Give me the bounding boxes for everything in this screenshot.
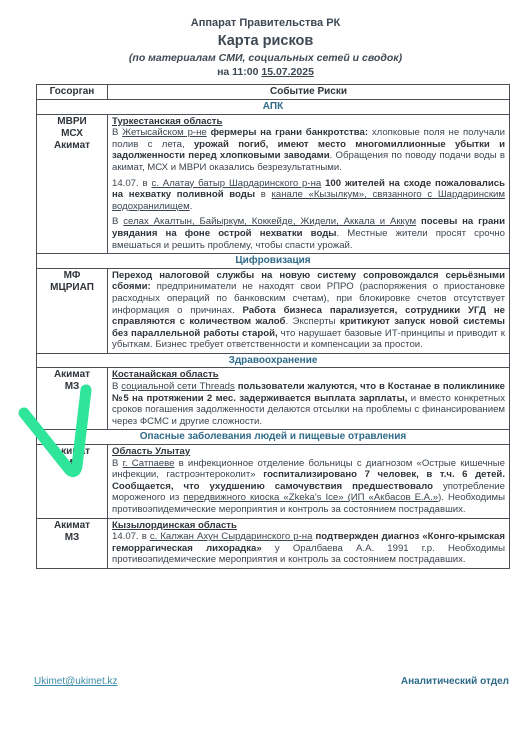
section-title: Цифровизация: [37, 254, 510, 269]
agency-name: МЦРИАП: [41, 282, 103, 294]
agency-name: МВРИ: [41, 116, 103, 128]
event-paragraph: В Жетысайском р-не фермеры на грани банк…: [112, 127, 505, 173]
agency-name: МЗ: [41, 381, 103, 393]
report-date: на 11:00 15.07.2025: [0, 66, 531, 78]
event-text: 14.07. в: [112, 178, 151, 189]
region-title: Туркестанская область: [112, 116, 505, 128]
event-text: В: [112, 127, 122, 138]
agency-cell: МВРИМСХАкимат: [37, 114, 108, 254]
region-title: Кызылординская область: [112, 520, 505, 532]
event-paragraph: В социальной сети Threads пользователи ж…: [112, 381, 505, 427]
event-paragraph: 14.07. в с. Калжан Ахун Сырдаринского р-…: [112, 531, 505, 566]
underlined-reference: с. Алатау батыр Шардаринского р-на: [151, 178, 321, 189]
underlined-reference: селах Акалтын, Байыркум, Коккейде, Жидел…: [123, 216, 416, 227]
document-subtitle: (по материалам СМИ, социальных сетей и с…: [0, 52, 531, 64]
event-cell: Область УлытауВ г. Сатпаеве в инфекционн…: [108, 445, 510, 519]
agency-name: МСХ: [41, 128, 103, 140]
organization-name: Аппарат Правительства РК: [0, 17, 531, 29]
event-cell: Переход налоговой службы на новую систем…: [108, 268, 510, 353]
date-value: 15.07.2025: [261, 66, 314, 78]
agency-name: МЗ: [41, 532, 103, 544]
section-row: АПК: [37, 100, 510, 115]
column-header-agency: Госорган: [37, 85, 108, 100]
underlined-reference: социальной сети Threads: [121, 381, 235, 392]
underlined-reference: с. Калжан Ахун Сырдаринского р-на: [150, 531, 313, 542]
region-title: Область Улытау: [112, 446, 505, 458]
section-title: АПК: [37, 100, 510, 115]
department-name: Аналитический отдел: [401, 676, 509, 687]
event-cell: Туркестанская областьВ Жетысайском р-не …: [108, 114, 510, 254]
document-title: Карта рисков: [0, 33, 531, 49]
agency-name: МЗ: [41, 458, 103, 470]
event-paragraph: Переход налоговой службы на новую систем…: [112, 270, 505, 351]
risk-row: АкиматМЗОбласть УлытауВ г. Сатпаеве в ин…: [37, 445, 510, 519]
underlined-reference: передвижного киоска «Zkeka's Ice» (ИП «А…: [183, 492, 438, 503]
event-paragraph: В г. Сатпаеве в инфекционное отделение б…: [112, 458, 505, 516]
event-text: 14.07. в: [112, 531, 150, 542]
agency-cell: МФМЦРИАП: [37, 268, 108, 353]
underlined-reference: г. Сатпаеве: [123, 458, 175, 469]
risk-row: АкиматМЗКызылординская область14.07. в с…: [37, 518, 510, 568]
risk-row: МВРИМСХАкиматТуркестанская областьВ Жеты…: [37, 114, 510, 254]
agency-name: Акимат: [41, 446, 103, 458]
region-title: Костанайская область: [112, 369, 505, 381]
column-header-event: Событие Риски: [108, 85, 510, 100]
risk-table-body: АПКМВРИМСХАкиматТуркестанская областьВ Ж…: [37, 100, 510, 569]
section-row: Здравоохранение: [37, 353, 510, 368]
risk-row: АкиматМЗКостанайская областьВ социальной…: [37, 368, 510, 430]
section-title: Опасные заболевания людей и пищевые отра…: [37, 430, 510, 445]
event-paragraph: В селах Акалтын, Байыркум, Коккейде, Жид…: [112, 216, 505, 251]
event-paragraph: 14.07. в с. Алатау батыр Шардаринского р…: [112, 178, 505, 213]
event-cell: Кызылординская область14.07. в с. Калжан…: [108, 518, 510, 568]
agency-cell: АкиматМЗ: [37, 368, 108, 430]
event-text: в: [255, 189, 271, 200]
agency-name: Акимат: [41, 140, 103, 152]
table-header-row: Госорган Событие Риски: [37, 85, 510, 100]
agency-cell: АкиматМЗ: [37, 518, 108, 568]
underlined-reference: Жетысайском р-не: [122, 127, 207, 138]
section-title: Здравоохранение: [37, 353, 510, 368]
event-text: В: [112, 216, 123, 227]
agency-name: МФ: [41, 270, 103, 282]
agency-name: Акимат: [41, 520, 103, 532]
event-text: В: [112, 381, 121, 392]
event-text: . Эксперты: [285, 316, 339, 327]
section-row: Цифровизация: [37, 254, 510, 269]
risk-row: МФМЦРИАППереход налоговой службы на нову…: [37, 268, 510, 353]
agency-name: Акимат: [41, 369, 103, 381]
section-row: Опасные заболевания людей и пищевые отра…: [37, 430, 510, 445]
event-cell: Костанайская областьВ социальной сети Th…: [108, 368, 510, 430]
event-text: В: [112, 458, 123, 469]
agency-cell: АкиматМЗ: [37, 445, 108, 519]
event-text: .: [190, 201, 193, 212]
risk-table: Госорган Событие Риски АПКМВРИМСХАкиматТ…: [36, 84, 510, 569]
highlighted-text: фермеры на грани банкротства:: [211, 127, 368, 138]
date-prefix: на 11:00: [217, 66, 261, 78]
contact-email-link[interactable]: Ukimet@ukimet.kz: [34, 676, 118, 687]
